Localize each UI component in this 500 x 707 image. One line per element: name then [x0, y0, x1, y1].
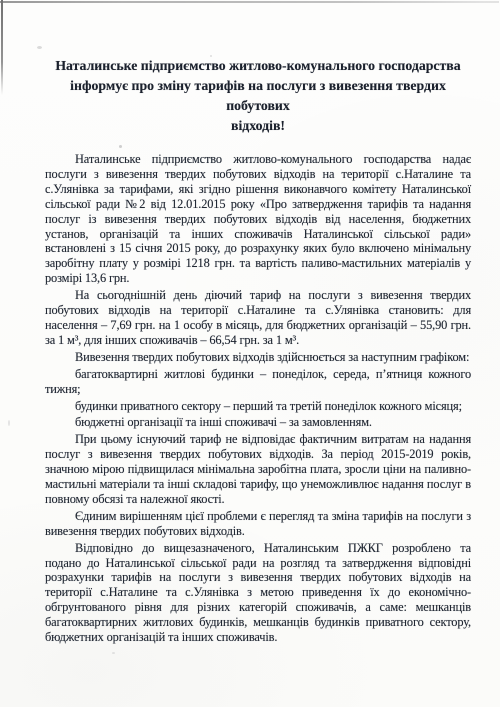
document-content: Наталинське підприємство житлово-комунал…	[45, 56, 471, 647]
schedule-item-budget-organizations: бюджетні організації та інші споживачі –…	[45, 415, 471, 430]
document-title-line-1: Наталинське підприємство житлово-комунал…	[55, 58, 460, 73]
paragraph-intro-tariff-history: Наталинське підприємство житлово-комунал…	[45, 152, 471, 286]
scan-artifact-top-edge	[0, 1, 499, 3]
paragraph-tariff-mismatch: При цьому існуючий тариф не відповідає ф…	[45, 432, 471, 507]
scan-noise-speck	[8, 420, 10, 426]
scanned-document-page: Наталинське підприємство житлово-комунал…	[0, 0, 500, 707]
scan-noise-speck	[112, 652, 115, 654]
document-title-line-2: інформує про зміну тарифів на послуги з …	[70, 78, 446, 113]
paragraph-conclusion: Відповідно до вищезазначеного, Наталинсь…	[45, 541, 471, 645]
scan-noise-speck	[37, 46, 42, 49]
schedule-item-apartment-buildings: багатоквартирні житлові будинки – понеді…	[45, 367, 471, 397]
paragraph-current-tariff: На сьогоднішній день діючий тариф на пос…	[45, 288, 471, 348]
document-title: Наталинське підприємство житлово-комунал…	[45, 56, 471, 136]
paragraph-schedule-intro: Вивезення твердих побутових відходів зді…	[45, 350, 471, 365]
schedule-item-private-sector: будинки приватного сектору – перший та т…	[45, 399, 471, 414]
paragraph-solution: Єдиним вирішенням цієї проблеми є перегл…	[45, 509, 471, 539]
scan-artifact-left-edge	[1, 0, 3, 95]
document-title-line-3: відходів!	[231, 118, 285, 133]
